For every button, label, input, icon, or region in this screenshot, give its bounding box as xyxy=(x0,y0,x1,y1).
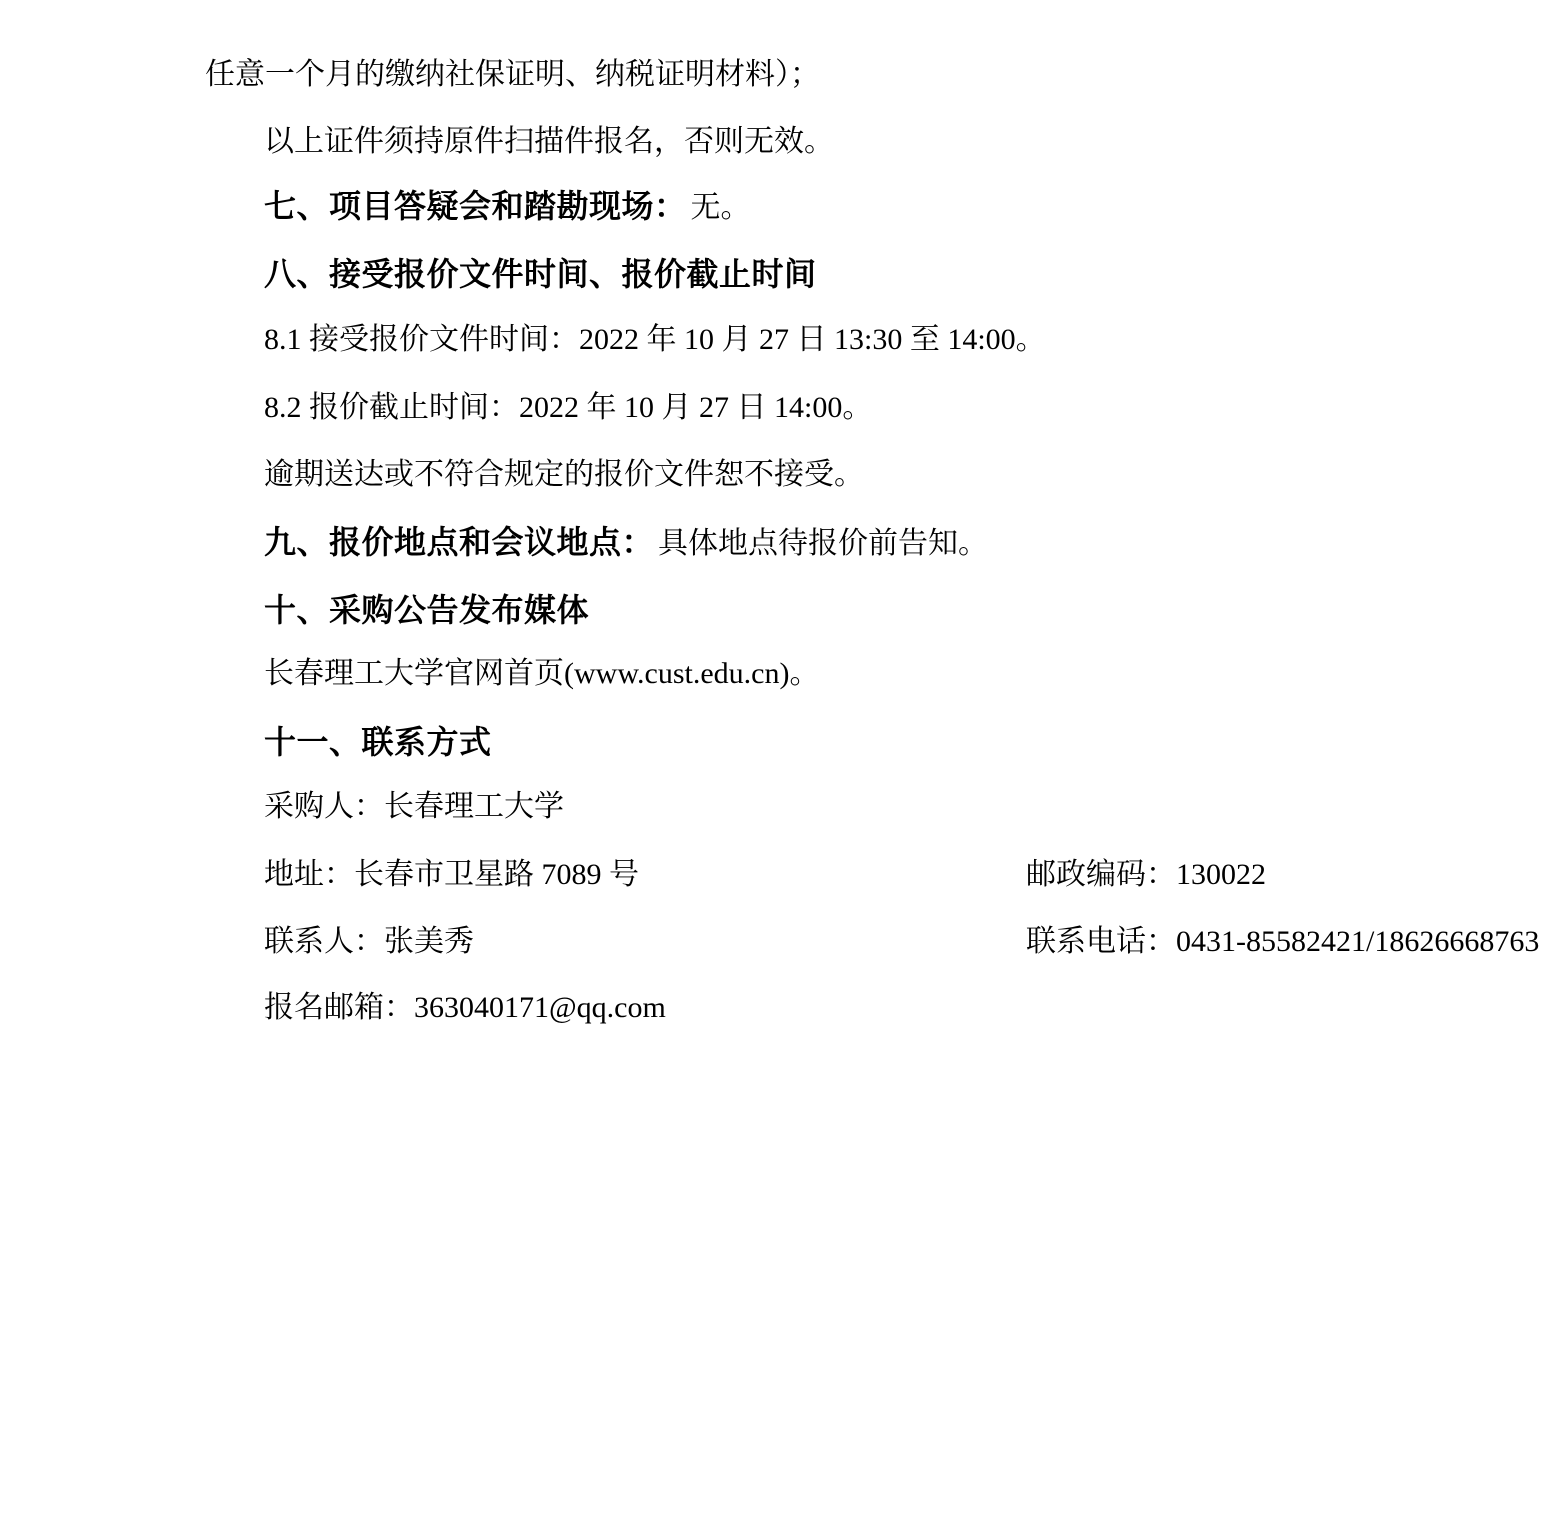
section7-line: 七、项目答疑会和踏勘现场：无。 xyxy=(264,188,751,224)
paragraph-media: 长春理工大学官网首页(www.cust.edu.cn)。 xyxy=(264,656,819,692)
paragraph-postal-code: 邮政编码：130022 xyxy=(1026,857,1266,893)
paragraph-contact-person: 联系人：张美秀 xyxy=(264,924,474,960)
document-page: 任意一个月的缴纳社保证明、纳税证明材料）； 以上证件须持原件扫描件报名，否则无效… xyxy=(0,0,1567,1515)
section9-line: 九、报价地点和会议地点：具体地点待报价前告知。 xyxy=(264,524,988,560)
section7-value: 无。 xyxy=(691,191,751,224)
section11-heading: 十一、联系方式 xyxy=(264,724,492,760)
section9-heading: 九、报价地点和会议地点： xyxy=(264,524,654,560)
paragraph-8-2: 8.2 报价截止时间：2022 年 10 月 27 日 14:00。 xyxy=(264,390,872,426)
contact-row: 联系人：张美秀联系电话：0431-85582421/18626668763 xyxy=(264,924,474,960)
paragraph-scan-note: 以上证件须持原件扫描件报名，否则无效。 xyxy=(264,124,834,160)
section10-heading: 十、采购公告发布媒体 xyxy=(264,592,589,628)
section7-heading: 七、项目答疑会和踏勘现场： xyxy=(264,188,687,224)
address-row: 地址：长春市卫星路 7089 号邮政编码：130022 xyxy=(264,857,639,893)
section8-heading: 八、接受报价文件时间、报价截止时间 xyxy=(264,256,817,292)
paragraph-overdue-note: 逾期送达或不符合规定的报价文件恕不接受。 xyxy=(264,457,864,493)
paragraph-phone: 联系电话：0431-85582421/18626668763 xyxy=(1026,924,1539,960)
paragraph-8-1: 8.1 接受报价文件时间：2022 年 10 月 27 日 13:30 至 14… xyxy=(264,322,1046,358)
paragraph-email: 报名邮箱：363040171@qq.com xyxy=(264,990,666,1026)
paragraph-address: 地址：长春市卫星路 7089 号 xyxy=(264,857,639,893)
paragraph-buyer: 采购人：长春理工大学 xyxy=(264,789,564,825)
paragraph-continuation: 任意一个月的缴纳社保证明、纳税证明材料）； xyxy=(205,57,820,93)
section9-value: 具体地点待报价前告知。 xyxy=(658,527,988,560)
